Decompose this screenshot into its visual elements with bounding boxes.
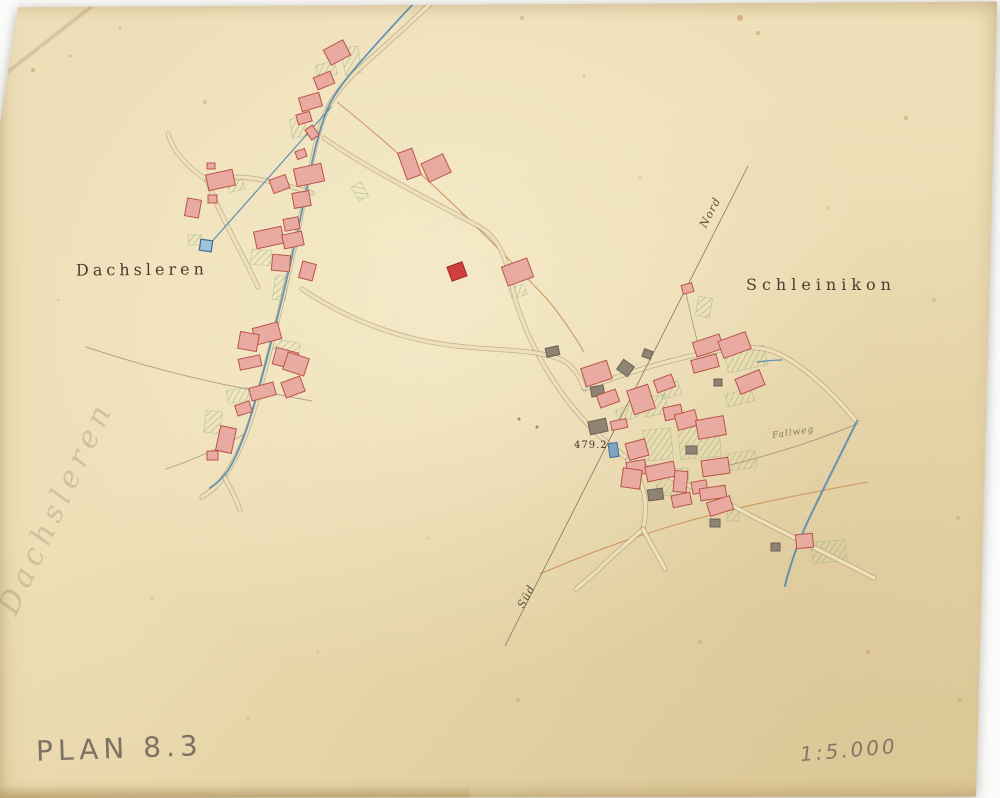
streams — [199, 3, 857, 586]
solid-red-building — [447, 262, 467, 282]
paper-bottom-edge-shade — [0, 786, 470, 798]
buildings-schleinikon — [581, 283, 814, 551]
spot-elevation-label: 479.2 — [574, 440, 608, 451]
survey-axis — [505, 166, 748, 646]
foxing-spots — [31, 15, 962, 720]
map-drawing — [0, 0, 1000, 798]
buildings-dachsleren — [185, 40, 452, 460]
village-label-schleinikon: Schleinikon — [746, 275, 896, 294]
fountain-basin — [199, 239, 212, 252]
paper-sheet: Dachsleren Schleinikon 479.2 Nord Süd Fa… — [0, 0, 1000, 798]
village-label-dachsleren: Dachsleren — [76, 259, 208, 279]
plan-number-annotation: PLAN 8.3 — [35, 729, 203, 768]
buildings-middle — [447, 258, 560, 357]
scanned-map-page: Dachsleren Schleinikon 479.2 Nord Süd Fa… — [0, 0, 1000, 798]
paper-sheet-wrap: Dachsleren Schleinikon 479.2 Nord Süd Fa… — [0, 0, 1000, 798]
blue-building — [608, 442, 619, 457]
